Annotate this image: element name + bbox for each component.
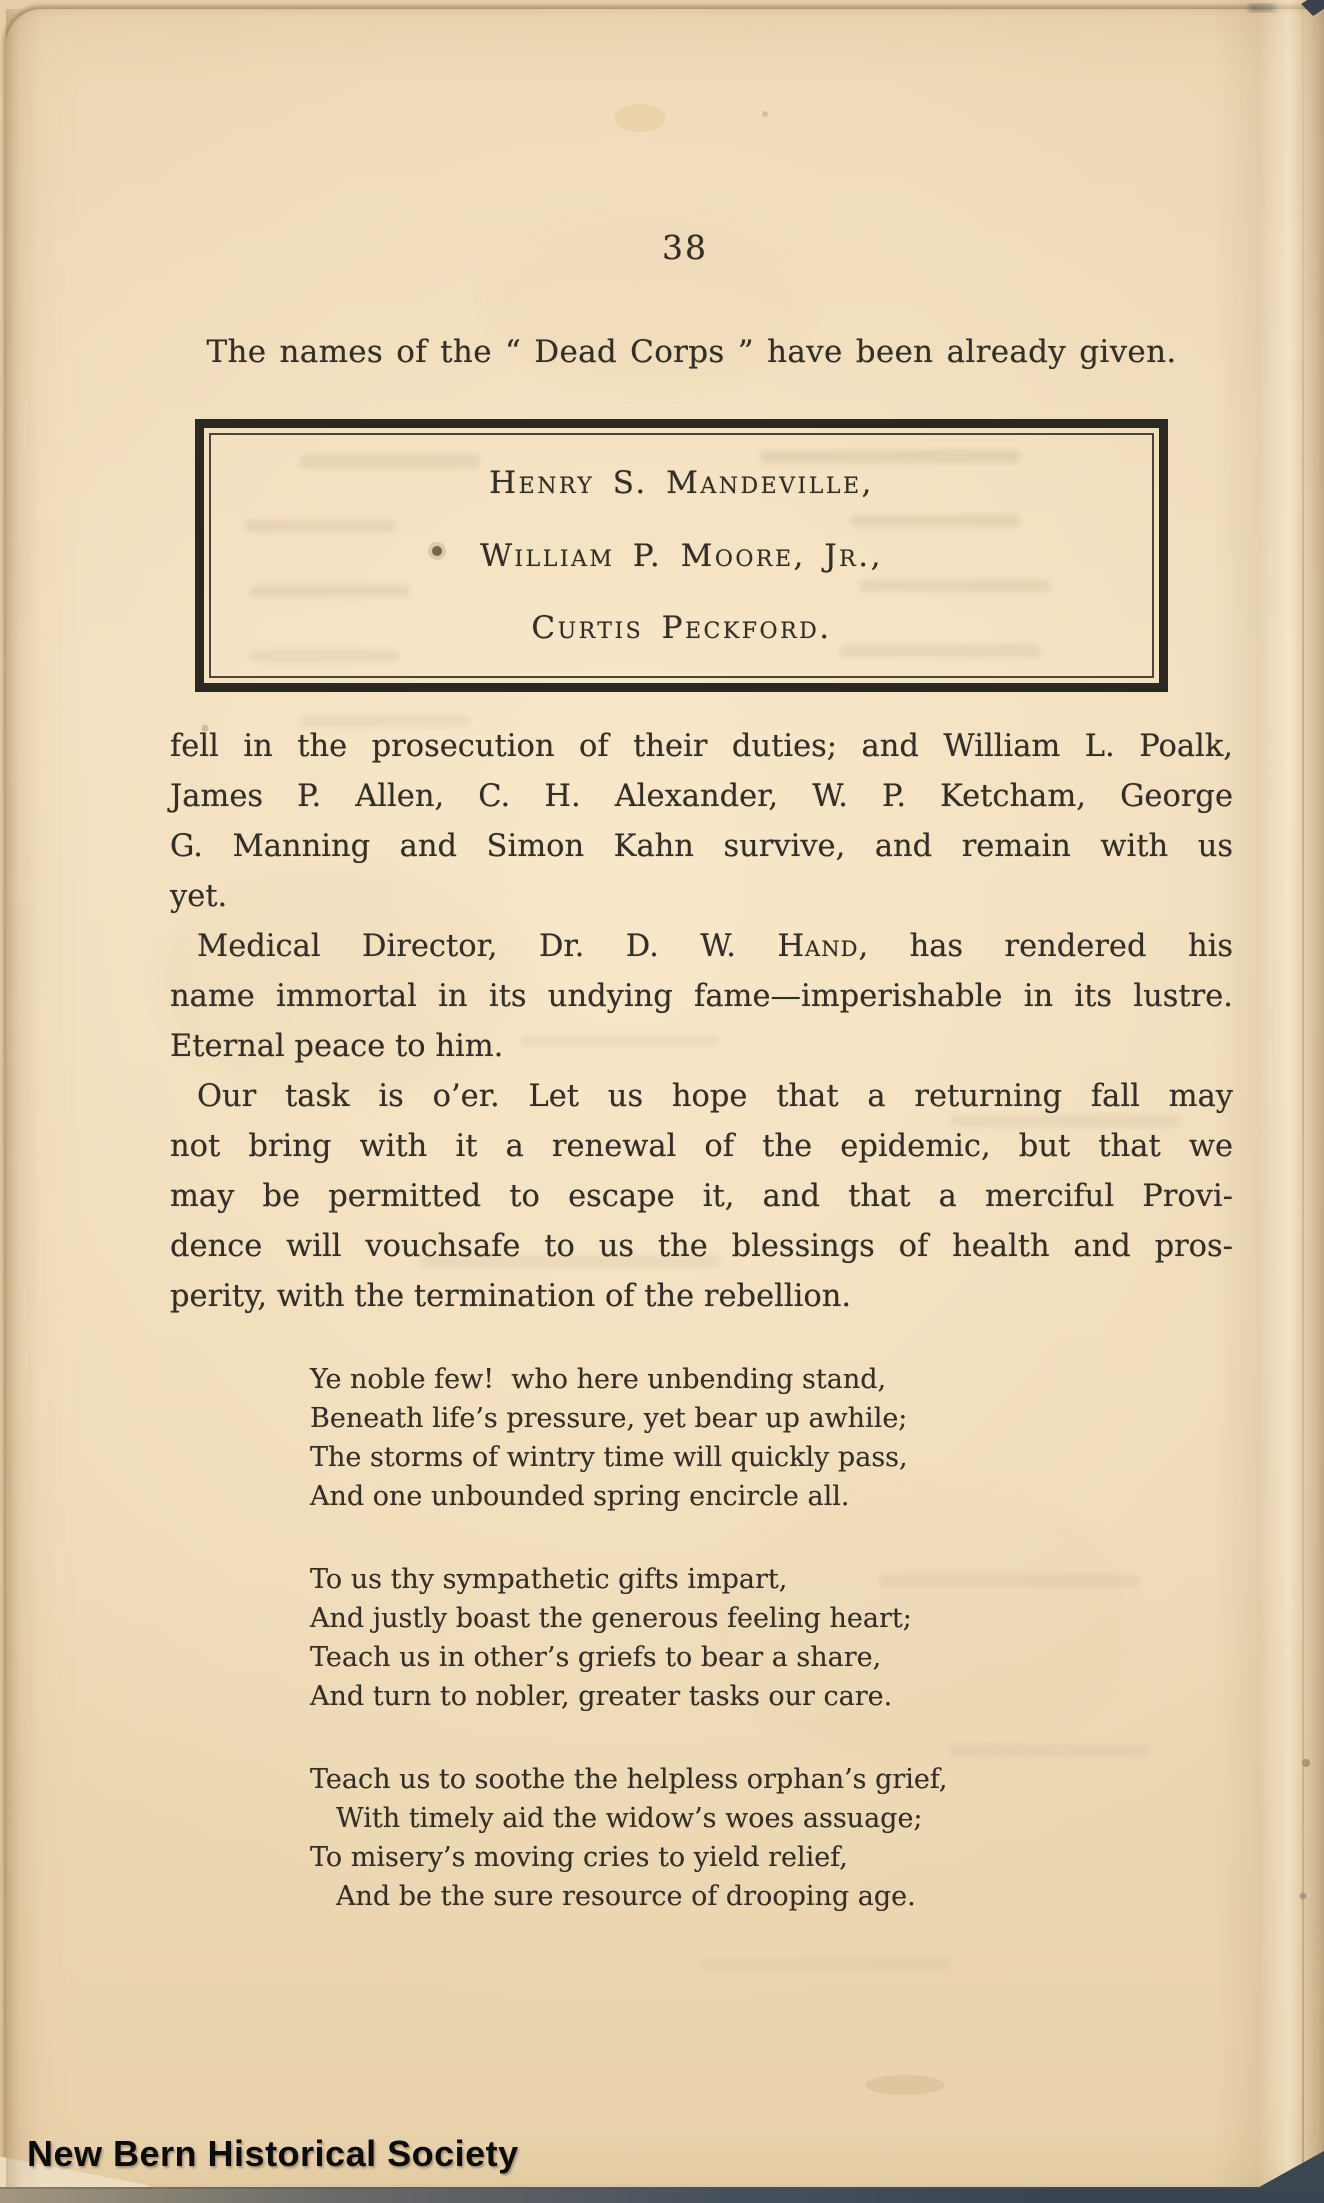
body-text-line: Our task is o’er. Let us hope that a ret… [170,1072,1233,1122]
page-number: 38 [170,228,1200,267]
scanned-book-page: { "page": { "number": "38", "intro_line"… [0,0,1324,2203]
poem-line: And turn to nobler, greater tasks our ca… [310,1677,1110,1716]
poem-stanza: To us thy sympathetic gifts impart, And … [310,1560,1110,1716]
body-text-line: James P. Allen, C. H. Alexander, W. P. K… [170,772,1233,822]
intro-sentence: The names of the “ Dead Corps ” have bee… [150,334,1233,370]
memorial-name: Curtis Peckford. [531,610,831,646]
poem-line: Beneath life’s pressure, yet bear up awh… [310,1399,1110,1438]
page-content: 38 The names of the “ Dead Corps ” have … [0,0,1324,2203]
watermark-label: New Bern Historical Society [27,2133,519,2175]
poem-line: Ye noble few! who here unbending stand, [310,1360,1110,1399]
body-text-segment: , has rendered his [858,929,1233,964]
poem-line: To us thy sympathetic gifts impart, [310,1560,1110,1599]
poem-line: With timely aid the widow’s woes assuage… [310,1799,1110,1838]
body-text-line: fell in the prosecution of their duties;… [170,722,1233,772]
body-text-line: Medical Director, Dr. D. W. Hand, has re… [170,922,1233,972]
body-text-line: Eternal peace to him. [170,1022,1233,1072]
memorial-name: Henry S. Mandeville, [489,465,874,501]
body-text-block: fell in the prosecution of their duties;… [170,722,1233,1322]
poem-line: The storms of wintry time will quickly p… [310,1438,1110,1477]
poem-line: Teach us in other’s griefs to bear a sha… [310,1638,1110,1677]
poem-line: And be the sure resource of drooping age… [310,1877,1110,1916]
memorial-name: William P. Moore, Jr., [480,538,883,574]
body-text-line: not bring with it a renewal of the epide… [170,1122,1233,1172]
body-text-line: perity, with the termination of the rebe… [170,1272,1233,1322]
memorial-names-box: Henry S. Mandeville, William P. Moore, J… [195,419,1168,692]
body-text-line: G. Manning and Simon Kahn survive, and r… [170,822,1233,872]
poem-line: To misery’s moving cries to yield relief… [310,1838,1110,1877]
poem-line: And one unbounded spring encircle all. [310,1477,1110,1516]
body-text-line: dence will vouchsafe to us the blessings… [170,1222,1233,1272]
body-text-line: may be permitted to escape it, and that … [170,1172,1233,1222]
poem-stanza: Teach us to soothe the helpless orphan’s… [310,1760,1110,1916]
poem-line: Teach us to soothe the helpless orphan’s… [310,1760,1110,1799]
body-text-segment-smallcaps: Hand [777,929,858,964]
poem-stanza: Ye noble few! who here unbending stand, … [310,1360,1110,1516]
body-text-line: name immortal in its undying fame—imperi… [170,972,1233,1022]
body-text-line: yet. [170,872,1233,922]
poem-line: And justly boast the generous feeling he… [310,1599,1110,1638]
body-text-segment: Medical Director, Dr. D. W. [197,929,777,964]
bottom-scan-edge [0,2187,1324,2203]
